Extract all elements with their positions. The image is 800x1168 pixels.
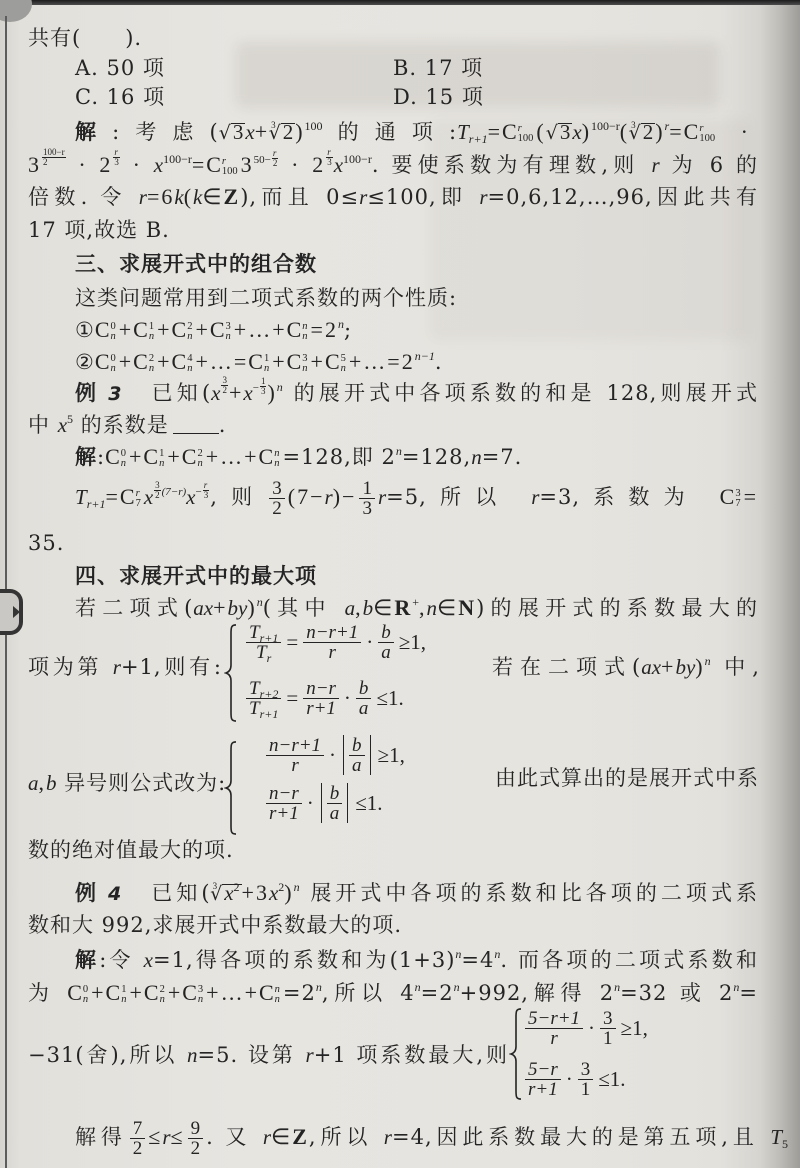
combination-indices: 5n [341, 354, 346, 374]
subscript: 5 [782, 1137, 788, 1151]
cube-root: 2 [629, 119, 656, 146]
fraction: n−r+1r [303, 624, 361, 661]
denominator: r [303, 643, 361, 661]
fraction: 32 [269, 480, 285, 517]
inequality: ≤1. [352, 791, 385, 816]
radicand: 3 [558, 123, 573, 141]
variable: a [28, 771, 39, 795]
variable: x [243, 381, 252, 405]
numerator: n−r [266, 785, 302, 804]
text: · 2 [67, 152, 113, 177]
subscript: n [197, 459, 202, 469]
combination-indices: r100 [518, 124, 534, 144]
section3-heading: 三、求展开式中的组合数 [75, 251, 317, 277]
text: )− [333, 484, 357, 509]
fraction: Tr+2Tr+1 [246, 680, 281, 717]
exponent-fraction: r3 [113, 148, 120, 167]
denominator: a [356, 699, 372, 717]
sqrt: 3 [219, 119, 246, 146]
text: =6 [147, 184, 174, 209]
variable: T [249, 622, 260, 643]
combination-indices: 0n [111, 354, 116, 374]
denominator: 3 [359, 499, 375, 517]
fraction: n−rr+1 [303, 680, 339, 717]
dot-operator: · [121, 152, 154, 177]
paren: ) [695, 654, 704, 679]
paren: ) [655, 119, 664, 144]
subscript: r+1 [87, 497, 106, 511]
text: =4,因此系数最大的是第五项,且 [392, 1125, 770, 1149]
equals-sign: = [283, 630, 301, 655]
radicand: x2 [222, 884, 241, 902]
text: =2 [421, 981, 454, 1005]
text: ,所以 4 [322, 981, 415, 1005]
superscript: n [274, 449, 279, 459]
text: =7. [482, 445, 523, 469]
subscript: n [149, 364, 154, 374]
exponent: 32(7−r) [153, 486, 186, 498]
combination-symbol: +C [167, 444, 198, 469]
operator: + [229, 380, 243, 405]
example4-solution-line4: 解得72≤r≤92. 又 r∈Z,所以 r=4,因此系数最大的是第五项,且 T5 [75, 1124, 788, 1150]
text: 中 [28, 413, 58, 437]
text: =128, [402, 445, 471, 469]
variable: r [263, 1125, 271, 1149]
text: 已知( [148, 381, 211, 405]
variable: b [46, 771, 57, 795]
variable: by [675, 655, 695, 679]
example4-solution-line1: 解:令 x=1,得各项的系数和为(1+3)n=4n. 而各项的二项式系数和 [75, 947, 758, 973]
exponent: −13 [253, 382, 268, 394]
comma: , [39, 770, 47, 795]
solution-label: 解 [75, 947, 99, 972]
text: . [219, 413, 227, 437]
denominator: 3 [113, 158, 120, 167]
element-of: ∈ [373, 595, 394, 620]
inequality: ≤1. [595, 1067, 628, 1092]
combination-symbol: C [67, 980, 84, 1005]
combination-symbol: +…+C [234, 317, 304, 342]
combination-symbol: +C [129, 444, 160, 469]
dot-operator: · [326, 743, 339, 768]
option-d: D. 15 项 [393, 84, 484, 110]
example-number: 4 [108, 883, 122, 905]
subscript: n [275, 995, 280, 1005]
dot-operator: · [563, 1067, 576, 1092]
paren: ) [267, 380, 276, 405]
numerator: 5−r+1 [525, 1010, 583, 1029]
text: :令 [99, 948, 143, 972]
text: . 又 [206, 1125, 263, 1149]
example3-line2: 中 x5 的系数是. [28, 412, 226, 438]
dot-operator: · [585, 1016, 598, 1041]
superscript: r [518, 124, 534, 134]
combination-indices: 3n [302, 354, 307, 374]
answer-blank [173, 416, 219, 434]
superscript: 2 [149, 354, 154, 364]
fraction: ba [327, 785, 343, 822]
denominator: r+1 [303, 699, 339, 717]
combination-symbol: +C [168, 980, 199, 1005]
example-label: 例 [75, 380, 100, 405]
option-c: C. 16 项 [75, 84, 165, 110]
variable: x [245, 120, 254, 144]
text: ; [344, 318, 352, 342]
integer-set: Z [224, 184, 241, 209]
text: 若二项式( [75, 596, 193, 620]
exponent-fraction: r3 [326, 148, 333, 167]
text: 展开式中各项的系数和比各项的二项式系 [300, 881, 758, 905]
inequality: ≤1. [373, 686, 406, 711]
inequality: ≤ [171, 1124, 185, 1149]
subscript: n [149, 332, 154, 342]
circled-number: ① [75, 318, 95, 342]
text: 为 [28, 981, 67, 1005]
text: ),而且 0≤ [240, 185, 359, 209]
system2-tail: 由此式算出的是展开式中系 [495, 765, 757, 791]
subscript: 100 [699, 134, 715, 144]
system1-row2: Tr+2Tr+1=n−rr+1·ba≤1. [244, 676, 407, 720]
combination-indices: 3n [226, 322, 231, 342]
element-of: ∈ [437, 595, 458, 620]
variable: b [363, 596, 374, 620]
system1-tail: 若在二项式(ax+by)n 中, [492, 654, 760, 680]
combination-symbol: =C [488, 119, 519, 144]
option-a: A. 50 项 [75, 55, 165, 81]
text: =128,即 2 [282, 445, 395, 469]
exponent-fraction: r3 [203, 481, 210, 500]
subscript: n [187, 332, 192, 342]
text: 已知( [148, 881, 210, 905]
section3-intro: 这类问题常用到二项式系数的两个性质: [75, 285, 457, 311]
numerator: 3 [600, 1010, 616, 1029]
text: ,则 [210, 485, 266, 509]
variable: ax [193, 596, 213, 620]
exponent: 100−r [163, 152, 192, 166]
variable: x [58, 413, 67, 437]
superscript: 3 [302, 354, 307, 364]
subscript: n [302, 332, 307, 342]
variable: n [187, 1043, 198, 1067]
text: . [435, 350, 443, 374]
numerator: n−r+1 [266, 737, 324, 756]
subscript: n [83, 995, 88, 1005]
solution-label: 解 [75, 444, 97, 469]
subscript: r+1 [469, 132, 488, 146]
text: =2 [311, 317, 338, 342]
paren: ) [295, 119, 304, 144]
example-number: 3 [108, 383, 122, 405]
combination-symbol: =C [192, 152, 223, 177]
denominator: a [378, 643, 394, 661]
fraction: 92 [188, 1120, 204, 1157]
variable: r [378, 485, 386, 509]
radicand: 2 [641, 123, 656, 141]
combination-indices: 3n [198, 985, 203, 1005]
minus-sign: − [253, 382, 259, 394]
combination-indices: 2n [197, 449, 202, 469]
denominator: 2 [272, 159, 279, 168]
left-brace-icon [224, 624, 238, 722]
combination-symbol: +C [157, 317, 188, 342]
superscript: 1 [264, 354, 269, 364]
superscript: r [222, 157, 238, 167]
exponent-fraction: 32 [154, 481, 161, 500]
system3-label: −31(舍),所以 n=5. 设第 r+1 项系数最大,则 [28, 1042, 508, 1068]
numerator: 9 [188, 1120, 204, 1139]
numerator: n−r [303, 680, 339, 699]
superscript: 0 [121, 449, 126, 459]
system2-row1: n−r+1r·ba≥1, [264, 733, 408, 777]
example3-solution-line2: Tr+1=Cr7x32(7−r)x−r3,则32(7−r)−13r=5,所以 r… [75, 484, 758, 510]
combination-indices: r7 [136, 489, 141, 509]
variable: n [427, 596, 438, 620]
denominator: 3 [203, 491, 210, 500]
combination-indices: 37 [735, 489, 740, 509]
denominator: r+1 [525, 1080, 561, 1098]
numerator: 5−r [525, 1061, 561, 1080]
variable: ax [641, 655, 661, 679]
combination-symbol: +C [272, 349, 303, 374]
numerator: b [327, 785, 343, 804]
numerator: Tr+2 [246, 680, 281, 699]
superscript: 2 [197, 449, 202, 459]
combination-indices: 0n [121, 449, 126, 469]
variable: r [113, 655, 121, 679]
text: (7− [288, 484, 325, 509]
numerator: 1 [359, 480, 375, 499]
combination-indices: 1n [264, 354, 269, 374]
text: 为 6 的 [660, 153, 758, 177]
text: . 而各项的二项式系数和 [500, 948, 758, 972]
sqrt: 3 [546, 119, 573, 146]
text: )的展开式的系数最大的 [476, 596, 758, 620]
example3-line1: 例3已知(x32+x−13)n 的展开式中各项系数的和是 128,则展开式 [75, 380, 758, 407]
variable: by [228, 596, 248, 620]
subscript: n [341, 364, 346, 374]
system3-row2: 5−rr+1·31≤1. [523, 1057, 629, 1101]
fraction: 72 [130, 1120, 146, 1157]
exponent: 50−r2 [254, 154, 280, 166]
combination-symbol: C [720, 484, 737, 509]
fraction: n−r+1r [266, 737, 324, 774]
variable: x [572, 120, 581, 144]
page-tab-marker [0, 589, 23, 635]
denominator: a [327, 804, 343, 822]
inequality: ≥1, [375, 743, 408, 768]
combination-symbol: +C [311, 349, 342, 374]
comma: , [419, 595, 427, 620]
superscript: + [412, 595, 419, 609]
solution1-line3: 倍数. 令 r=6k(k∈Z),而且 0≤r≤100,即 r=0,6,12,…,… [28, 184, 758, 210]
combination-indices: 2n [149, 354, 154, 374]
subscript: n [264, 364, 269, 374]
denominator: 2 [154, 491, 161, 500]
equals-sign: = [744, 484, 758, 509]
combination-symbol: C [95, 317, 112, 342]
text: 解得 [75, 1125, 127, 1149]
combination-symbol: +C [195, 317, 226, 342]
arrow-right-icon [13, 606, 20, 618]
number: 3 [241, 152, 254, 177]
text: =1,得各项的系数和为(1+3) [153, 948, 455, 972]
numerator: 3 [269, 480, 285, 499]
denominator: r+1 [266, 804, 302, 822]
variable: k [174, 185, 183, 209]
denominator: 1 [578, 1080, 594, 1098]
subscript: 100 [222, 167, 238, 177]
text: +3 [242, 880, 269, 905]
superscript: n [275, 985, 280, 995]
combination-indices: 4n [187, 354, 192, 374]
text: =2 [283, 981, 316, 1005]
superscript: 3 [198, 985, 203, 995]
denominator: 1 [600, 1029, 616, 1047]
superscript: 2 [160, 985, 165, 995]
example-label: 例 [75, 880, 100, 905]
denominator: 2 [42, 158, 66, 167]
subscript: n [160, 995, 165, 1005]
text: : [97, 445, 105, 469]
exponent: 100 [305, 119, 323, 133]
exponent-fraction: 32 [221, 376, 228, 395]
subscript: n [226, 332, 231, 342]
superscript: 0 [111, 322, 116, 332]
exponent-fraction: r2 [272, 149, 279, 168]
numerator: b [349, 737, 365, 756]
variable: x [154, 153, 163, 177]
subscript: n [198, 995, 203, 1005]
combination-symbol: C [105, 444, 122, 469]
example4-line1: 例4已知(3x2+3x2)n 展开式中各项的系数和比各项的二项式系 [75, 880, 758, 907]
fraction: ba [356, 680, 372, 717]
absolute-value: ba [321, 783, 349, 823]
combination-symbol: +…+C [206, 980, 276, 1005]
text: +1,则有: [121, 655, 222, 679]
element-of: ∈ [271, 1124, 292, 1149]
numerator: b [378, 624, 394, 643]
text: =5. 设第 [198, 1043, 306, 1067]
subscript: n [159, 459, 164, 469]
paren: ) [247, 595, 256, 620]
combination-symbol: +…=C [195, 349, 265, 374]
left-brace-icon [224, 741, 238, 835]
subscript: n [121, 459, 126, 469]
variable: x [144, 948, 153, 972]
option-b: B. 17 项 [393, 55, 483, 81]
combination-indices: 1n [159, 449, 164, 469]
combination-symbol: +…+C [206, 444, 276, 469]
subscript: n [111, 332, 116, 342]
text: =32 或 2 [620, 981, 733, 1005]
text: · 2 [279, 152, 325, 177]
variable: r [162, 1125, 170, 1149]
combination-indices: 1n [121, 985, 126, 1005]
combination-indices: 2n [160, 985, 165, 1005]
section4-end: 数的绝对值最大的项. [28, 837, 234, 863]
fraction: n−rr+1 [266, 785, 302, 822]
text: (其中 [263, 596, 345, 620]
superscript: 3 [735, 489, 740, 499]
text: =0,6,12,…,96,因此共有 [488, 185, 759, 209]
combination-indices: 0n [111, 322, 116, 342]
denominator: 2 [188, 1139, 204, 1157]
combination-indices: nn [275, 985, 280, 1005]
denominator: 3 [326, 158, 333, 167]
system1-label: 项为第 r+1,则有: [28, 654, 222, 680]
subscript: 7 [136, 499, 141, 509]
combination-symbol: +C [91, 980, 122, 1005]
exponent: 100−r [343, 152, 372, 166]
operator: + [213, 595, 227, 620]
operator: + [255, 119, 269, 144]
variable: T [75, 485, 87, 509]
exponent: −r3 [196, 486, 211, 498]
fraction: 13 [359, 480, 375, 517]
variable: T [249, 678, 260, 699]
combination-symbol: =C [669, 119, 700, 144]
exponent: n−1 [415, 349, 435, 363]
superscript: 1 [121, 985, 126, 995]
text: 的系数是 [73, 413, 169, 437]
numerator: b [356, 680, 372, 699]
text: ≤100,即 [367, 185, 479, 209]
exponent-text: 50− [254, 154, 271, 166]
system1-row1: Tr+1Tr=n−r+1r·ba≥1, [244, 620, 429, 664]
superscript: 1 [149, 322, 154, 332]
text: 中, [711, 655, 760, 679]
subscript: n [121, 995, 126, 1005]
text: 的通项: [323, 120, 458, 144]
cube-root: x2 [210, 880, 241, 907]
section4-heading: 四、求展开式中的最大项 [75, 563, 317, 589]
text: = [739, 981, 758, 1005]
text: 的展开式中各项系数的和是 128,则展开式 [283, 381, 758, 405]
variable: x [144, 485, 153, 509]
text: :考虑( [112, 120, 219, 144]
subscript: 7 [735, 499, 740, 509]
denominator: 2 [221, 386, 228, 395]
section4-line1: 若二项式(ax+by)n(其中 a,b∈R+,n∈N)的展开式的系数最大的 [75, 595, 758, 621]
subscript: n [111, 364, 116, 374]
dot-operator: · [304, 791, 317, 816]
variable: r [479, 185, 487, 209]
denominator: Tr+1 [246, 699, 281, 717]
inequality: ≥1, [396, 630, 429, 655]
radicand: 3 [231, 123, 246, 141]
page-top-edge [0, 0, 800, 5]
paren: ( [184, 184, 193, 209]
text: 异号则公式改为: [57, 771, 227, 795]
combination-indices: r100 [699, 124, 715, 144]
inequality: ≤ [148, 1124, 162, 1149]
subscript: n [187, 364, 192, 374]
variable: x [334, 153, 343, 177]
variable: r [139, 185, 147, 209]
operator: + [661, 654, 675, 679]
fraction: 31 [600, 1010, 616, 1047]
text: ,所以 [309, 1125, 384, 1149]
denominator: 3 [260, 387, 267, 396]
left-brace-icon [509, 1008, 523, 1100]
natural-set: N [458, 595, 476, 620]
superscript: 0 [83, 985, 88, 995]
property-2: ②C0n+C2n+C4n+…=C1n+C3n+C5n+…=2n−1. [75, 349, 443, 375]
text: +…=2 [349, 349, 415, 374]
combination-indices: 1n [149, 322, 154, 342]
circled-number: ② [75, 350, 95, 374]
dot-operator: · [718, 119, 750, 144]
